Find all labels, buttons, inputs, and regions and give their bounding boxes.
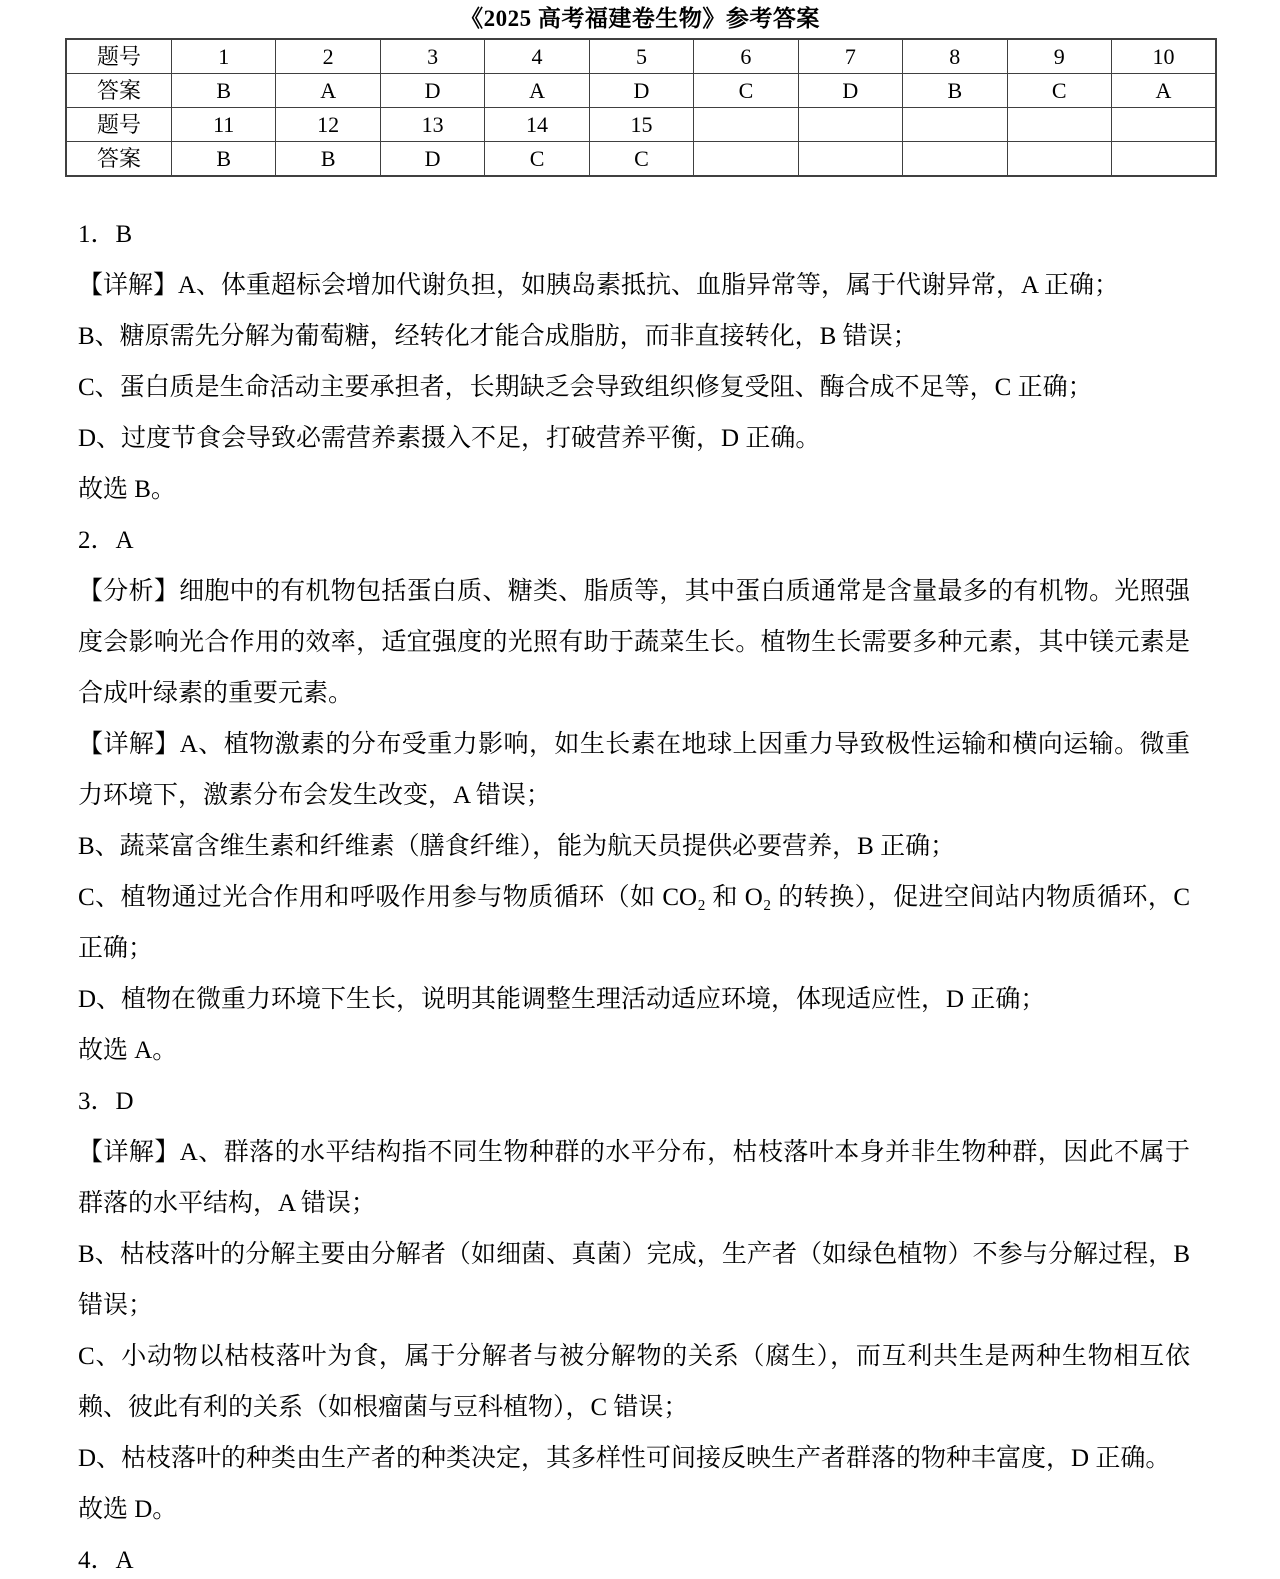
solution-heading: 2．A (78, 515, 1190, 566)
table-cell: 1 (172, 39, 276, 74)
table-cell: 11 (172, 108, 276, 142)
table-cell: 5 (589, 39, 693, 74)
table-cell: D (589, 74, 693, 108)
table-cell: A (1111, 74, 1216, 108)
solution-paragraph: D、植物在微重力环境下生长，说明其能调整生理活动适应环境，体现适应性，D 正确； (78, 974, 1190, 1025)
table-row-question-numbers-1-10: 题号 1 2 3 4 5 6 7 8 9 10 (66, 39, 1216, 74)
table-cell: A (276, 74, 380, 108)
solution-question-1: 1．B 【详解】A、体重超标会增加代谢负担，如胰岛素抵抗、血脂异常等，属于代谢异… (78, 209, 1190, 515)
table-header-cell: 答案 (66, 142, 172, 177)
solution-paragraph: 【详解】A、体重超标会增加代谢负担，如胰岛素抵抗、血脂异常等，属于代谢异常，A … (78, 260, 1190, 311)
table-cell (798, 142, 902, 177)
solution-paragraph: 【详解】A、群落的水平结构指不同生物种群的水平分布，枯枝落叶本身并非生物种群，因… (78, 1127, 1190, 1229)
table-cell: D (380, 74, 484, 108)
solution-heading: 1．B (78, 209, 1190, 260)
table-cell: B (172, 142, 276, 177)
table-cell: 10 (1111, 39, 1216, 74)
table-cell: 8 (903, 39, 1007, 74)
solution-paragraph: 【详解】A、植物激素的分布受重力影响，如生长素在地球上因重力导致极性运输和横向运… (78, 719, 1190, 821)
table-cell (1111, 142, 1216, 177)
solution-conclusion: 故选 A。 (78, 1025, 1190, 1076)
table-cell: D (380, 142, 484, 177)
table-cell: 2 (276, 39, 380, 74)
solution-paragraph: B、枯枝落叶的分解主要由分解者（如细菌、真菌）完成，生产者（如绿色植物）不参与分… (78, 1229, 1190, 1331)
table-row-question-numbers-11-15: 题号 11 12 13 14 15 (66, 108, 1216, 142)
solution-paragraph: B、糖原需先分解为葡萄糖，经转化才能合成脂肪，而非直接转化，B 错误； (78, 311, 1190, 362)
table-header-cell: 题号 (66, 39, 172, 74)
table-cell (1007, 142, 1111, 177)
table-cell (903, 142, 1007, 177)
table-cell: B (903, 74, 1007, 108)
solution-heading: 3．D (78, 1076, 1190, 1127)
table-cell (694, 142, 798, 177)
solution-paragraph: C、蛋白质是生命活动主要承担者，长期缺乏会导致组织修复受阻、酶合成不足等，C 正… (78, 362, 1190, 413)
table-cell: 14 (485, 108, 589, 142)
document-page: 《2025 高考福建卷生物》参考答案 题号 1 2 3 4 5 6 7 8 9 … (0, 0, 1280, 1579)
table-cell: 6 (694, 39, 798, 74)
solution-paragraph: B、蔬菜富含维生素和纤维素（膳食纤维），能为航天员提供必要营养，B 正确； (78, 821, 1190, 872)
solution-paragraph: 【分析】细胞中的有机物包括蛋白质、糖类、脂质等，其中蛋白质通常是含量最多的有机物… (78, 566, 1190, 719)
solution-conclusion: 故选 B。 (78, 464, 1190, 515)
solution-heading: 4．A (78, 1535, 1190, 1579)
solution-question-3: 3．D 【详解】A、群落的水平结构指不同生物种群的水平分布，枯枝落叶本身并非生物… (78, 1076, 1190, 1535)
solution-paragraph: C、小动物以枯枝落叶为食，属于分解者与被分解物的关系（腐生），而互利共生是两种生… (78, 1331, 1190, 1433)
table-header-cell: 答案 (66, 74, 172, 108)
table-cell: 15 (589, 108, 693, 142)
table-cell (798, 108, 902, 142)
table-cell (694, 108, 798, 142)
table-header-cell: 题号 (66, 108, 172, 142)
solution-question-2: 2．A 【分析】细胞中的有机物包括蛋白质、糖类、脂质等，其中蛋白质通常是含量最多… (78, 515, 1190, 1076)
table-cell: 9 (1007, 39, 1111, 74)
table-cell (903, 108, 1007, 142)
table-cell: 13 (380, 108, 484, 142)
solutions-content: 1．B 【详解】A、体重超标会增加代谢负担，如胰岛素抵抗、血脂异常等，属于代谢异… (78, 209, 1190, 1579)
document-title: 《2025 高考福建卷生物》参考答案 (0, 0, 1280, 34)
solution-paragraph: C、植物通过光合作用和呼吸作用参与物质循环（如 CO₂ 和 O₂ 的转换），促进… (78, 872, 1190, 974)
table-cell: 7 (798, 39, 902, 74)
table-row-answers-1-10: 答案 B A D A D C D B C A (66, 74, 1216, 108)
table-cell: 3 (380, 39, 484, 74)
table-cell: 12 (276, 108, 380, 142)
solution-question-4: 4．A (78, 1535, 1190, 1579)
table-cell: C (1007, 74, 1111, 108)
solution-paragraph: D、过度节食会导致必需营养素摄入不足，打破营养平衡，D 正确。 (78, 413, 1190, 464)
table-cell: C (694, 74, 798, 108)
answer-table: 题号 1 2 3 4 5 6 7 8 9 10 答案 B A D A D C D (65, 38, 1217, 177)
table-cell (1111, 108, 1216, 142)
solution-paragraph: D、枯枝落叶的种类由生产者的种类决定，其多样性可间接反映生产者群落的物种丰富度，… (78, 1433, 1190, 1484)
table-cell: D (798, 74, 902, 108)
table-cell: C (589, 142, 693, 177)
table-cell: C (485, 142, 589, 177)
table-cell: A (485, 74, 589, 108)
table-cell: 4 (485, 39, 589, 74)
table-cell: B (172, 74, 276, 108)
table-cell: B (276, 142, 380, 177)
table-row-answers-11-15: 答案 B B D C C (66, 142, 1216, 177)
solution-conclusion: 故选 D。 (78, 1484, 1190, 1535)
table-cell (1007, 108, 1111, 142)
